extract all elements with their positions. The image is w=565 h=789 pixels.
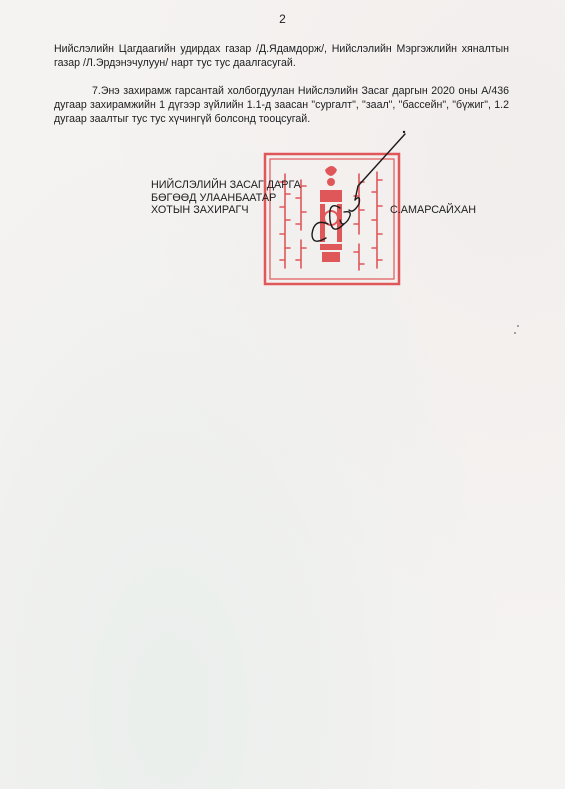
document-page: 2 Нийслэлийн Цагдаагийн удирдах газар /Д… [0,0,565,789]
paragraph-assignment: Нийслэлийн Цагдаагийн удирдах газар /Д.Я… [54,42,509,70]
signatory-title-line2: БӨГӨӨД УЛААНБААТАР [151,192,301,205]
page-number: 2 [0,12,565,26]
signatory-title: НИЙСЛЭЛИЙН ЗАСАГ ДАРГА БӨГӨӨД УЛААНБААТА… [151,179,301,217]
paper-speck [517,325,519,327]
signatory-title-line3: ХОТЫН ЗАХИРАГЧ [151,204,301,217]
handwritten-signature-icon [300,128,420,258]
signatory-title-line1: НИЙСЛЭЛИЙН ЗАСАГ ДАРГА [151,179,301,192]
paper-speck [514,332,516,334]
paragraph-7-text: 7.Энэ захирамж гарсантай холбогдуулан Ни… [54,85,509,125]
paragraph-7: 7.Энэ захирамж гарсантай холбогдуулан Ни… [54,84,509,126]
